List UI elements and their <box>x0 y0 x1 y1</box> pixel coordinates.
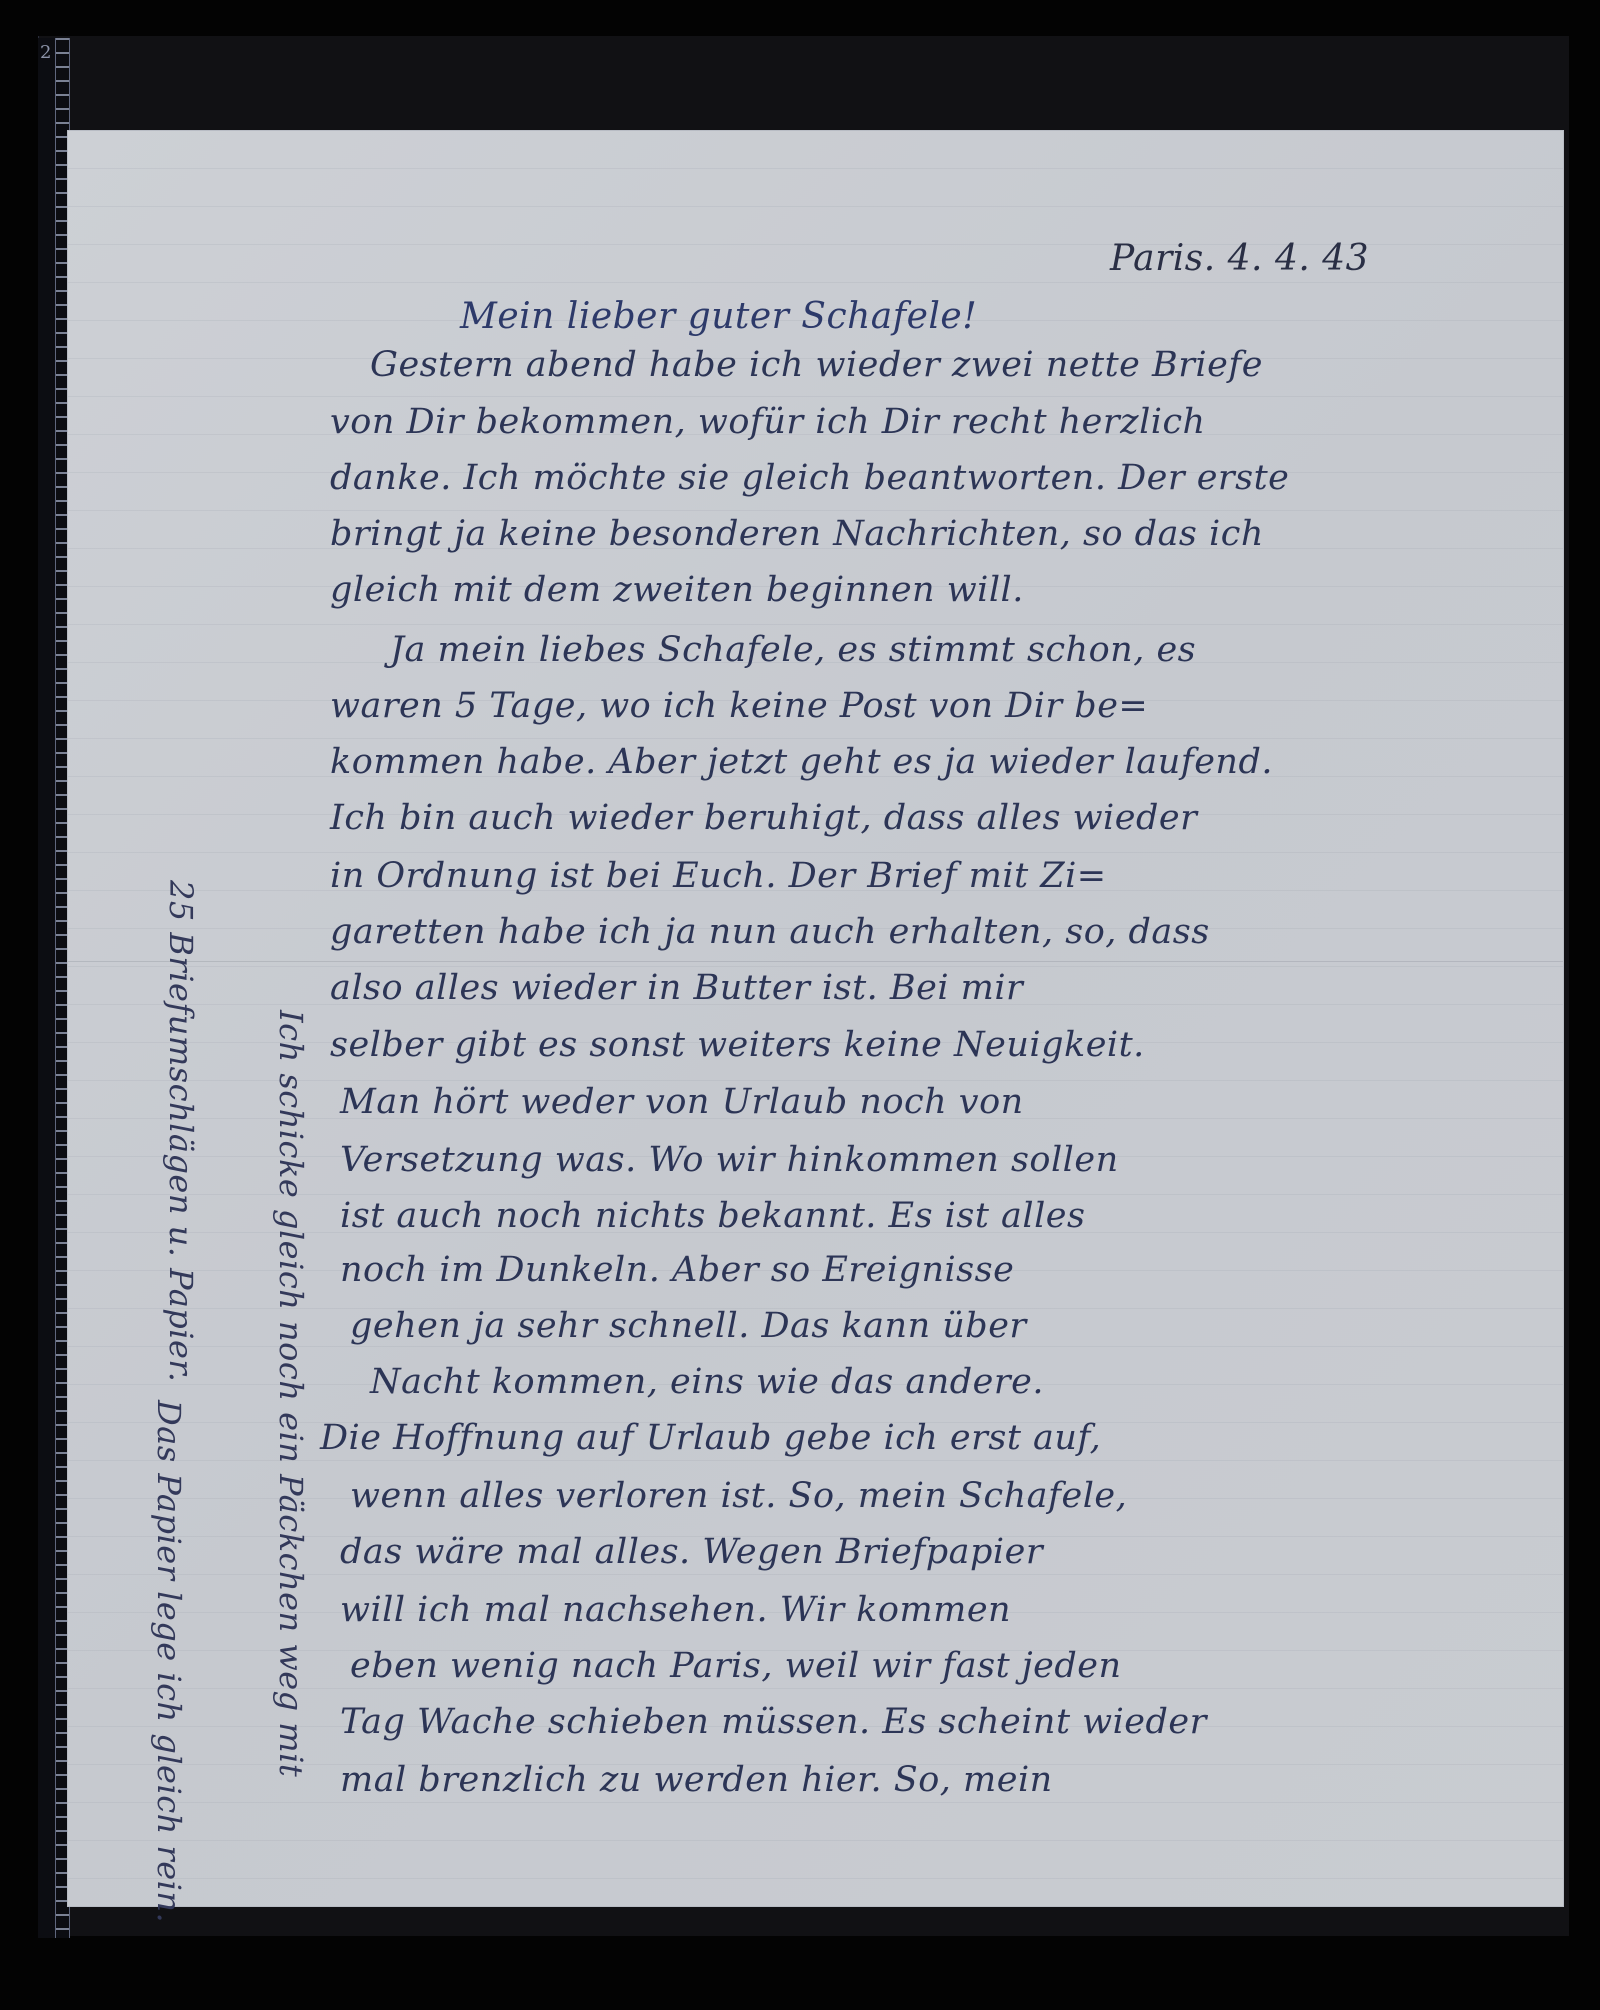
letter-line: Versetzung was. Wo wir hinkommen sollen <box>340 1140 1119 1180</box>
letter-line: mal brenzlich zu werden hier. So, mein <box>340 1760 1053 1800</box>
letter-line: gehen ja sehr schnell. Das kann über <box>350 1306 1027 1346</box>
letter-line: selber gibt es sonst weiters keine Neuig… <box>330 1025 1145 1065</box>
margin-note: Ich schicke gleich noch ein Päckchen weg… <box>272 1010 310 1777</box>
letter-place-date: Paris. 4. 4. 43 <box>1110 238 1369 279</box>
letter-line: Nacht kommen, eins wie das andere. <box>370 1362 1044 1402</box>
album-corner-mark: 2 <box>40 42 51 63</box>
letter-line: Tag Wache schieben müssen. Es scheint wi… <box>340 1702 1207 1742</box>
letter-line: garetten habe ich ja nun auch erhalten, … <box>330 912 1210 952</box>
letter-line: wenn alles verloren ist. So, mein Schafe… <box>350 1476 1127 1516</box>
letter-line: Ja mein liebes Schafele, es stimmt schon… <box>390 630 1196 670</box>
margin-note: Das Papier lege ich gleich rein. <box>150 1400 188 1923</box>
letter-line: Ich bin auch wieder beruhigt, dass alles… <box>330 798 1197 838</box>
letter-line: von Dir bekommen, wofür ich Dir recht he… <box>330 402 1206 442</box>
letter-line: will ich mal nachsehen. Wir kommen <box>340 1590 1011 1630</box>
letter-line: waren 5 Tage, wo ich keine Post von Dir … <box>330 686 1148 726</box>
letter-line: kommen habe. Aber jetzt geht es ja wiede… <box>330 742 1273 782</box>
letter-line: Man hört weder von Urlaub noch von <box>340 1082 1024 1122</box>
letter-line: noch im Dunkeln. Aber so Ereignisse <box>340 1250 1014 1290</box>
letter-line: Gestern abend habe ich wieder zwei nette… <box>370 345 1263 385</box>
letter-salutation: Mein lieber guter Schafele! <box>460 296 977 337</box>
letter-line: Die Hoffnung auf Urlaub gebe ich erst au… <box>320 1418 1101 1458</box>
letter-line: gleich mit dem zweiten beginnen will. <box>330 570 1024 610</box>
letter-line: danke. Ich möchte sie gleich beantworten… <box>330 458 1289 498</box>
letter-line: also alles wieder in Butter ist. Bei mir <box>330 968 1023 1008</box>
paper-fold-line <box>68 961 1563 962</box>
letter-line: ist auch noch nichts bekannt. Es ist all… <box>340 1196 1085 1236</box>
margin-note: 25 Briefumschlägen u. Papier. <box>162 880 200 1382</box>
letter-line: bringt ja keine besonderen Nachrichten, … <box>330 514 1264 554</box>
letter-line: in Ordnung ist bei Euch. Der Brief mit Z… <box>330 856 1107 896</box>
letter-line: eben wenig nach Paris, weil wir fast jed… <box>350 1646 1121 1686</box>
letter-line: das wäre mal alles. Wegen Briefpapier <box>340 1532 1043 1572</box>
